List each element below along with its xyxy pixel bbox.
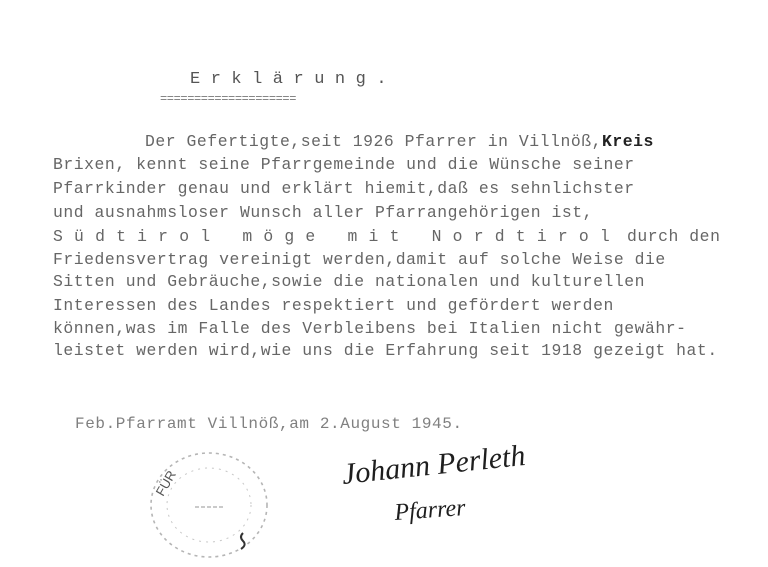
body-line-5: Südtirol möge mit Nordtiroldurch den	[53, 229, 720, 245]
body-line-3: Pfarrkinder genau und erklärt hiemit,daß…	[53, 181, 635, 197]
body-line-5-tail: durch den	[627, 227, 720, 246]
place-and-date: Feb.Pfarramt Villnöß,am 2.August 1945.	[75, 415, 463, 433]
document-title: Erklärung.	[190, 70, 397, 89]
body-line-10: leistet werden wird,wie uns die Erfahrun…	[53, 343, 718, 359]
handwritten-signature-icon: Johann Perleth Pfarrer	[335, 440, 565, 540]
scanned-letter: Erklärung. ==================== Der Gefe…	[0, 0, 768, 567]
body-line-1: Der Gefertigte,seit 1926 Pfarrer in Vill…	[145, 134, 654, 150]
body-line-7: Sitten und Gebräuche,sowie die nationale…	[53, 274, 645, 290]
body-line-2: Brixen, kennt seine Pfarrgemeinde und di…	[53, 157, 635, 173]
body-line-5-spaced: Südtirol möge mit Nordtirol	[53, 227, 621, 246]
body-line-8: Interessen des Landes respektiert und ge…	[53, 298, 614, 314]
signature-name: Johann Perleth	[340, 440, 527, 491]
body-line-4: und ausnahmsloser Wunsch aller Pfarrange…	[53, 205, 593, 221]
parish-seal-stamp-icon: FÜR	[145, 445, 273, 563]
signature-title: Pfarrer	[393, 495, 467, 526]
body-line-1-text: Der Gefertigte,seit 1926 Pfarrer in Vill…	[145, 132, 602, 151]
title-double-underline: ====================	[160, 92, 296, 106]
body-line-1-tail: Kreis	[602, 132, 654, 151]
body-line-6: Friedensvertrag vereinigt werden,damit a…	[53, 252, 666, 268]
body-line-9: können,was im Falle des Verbleibens bei …	[53, 321, 687, 337]
